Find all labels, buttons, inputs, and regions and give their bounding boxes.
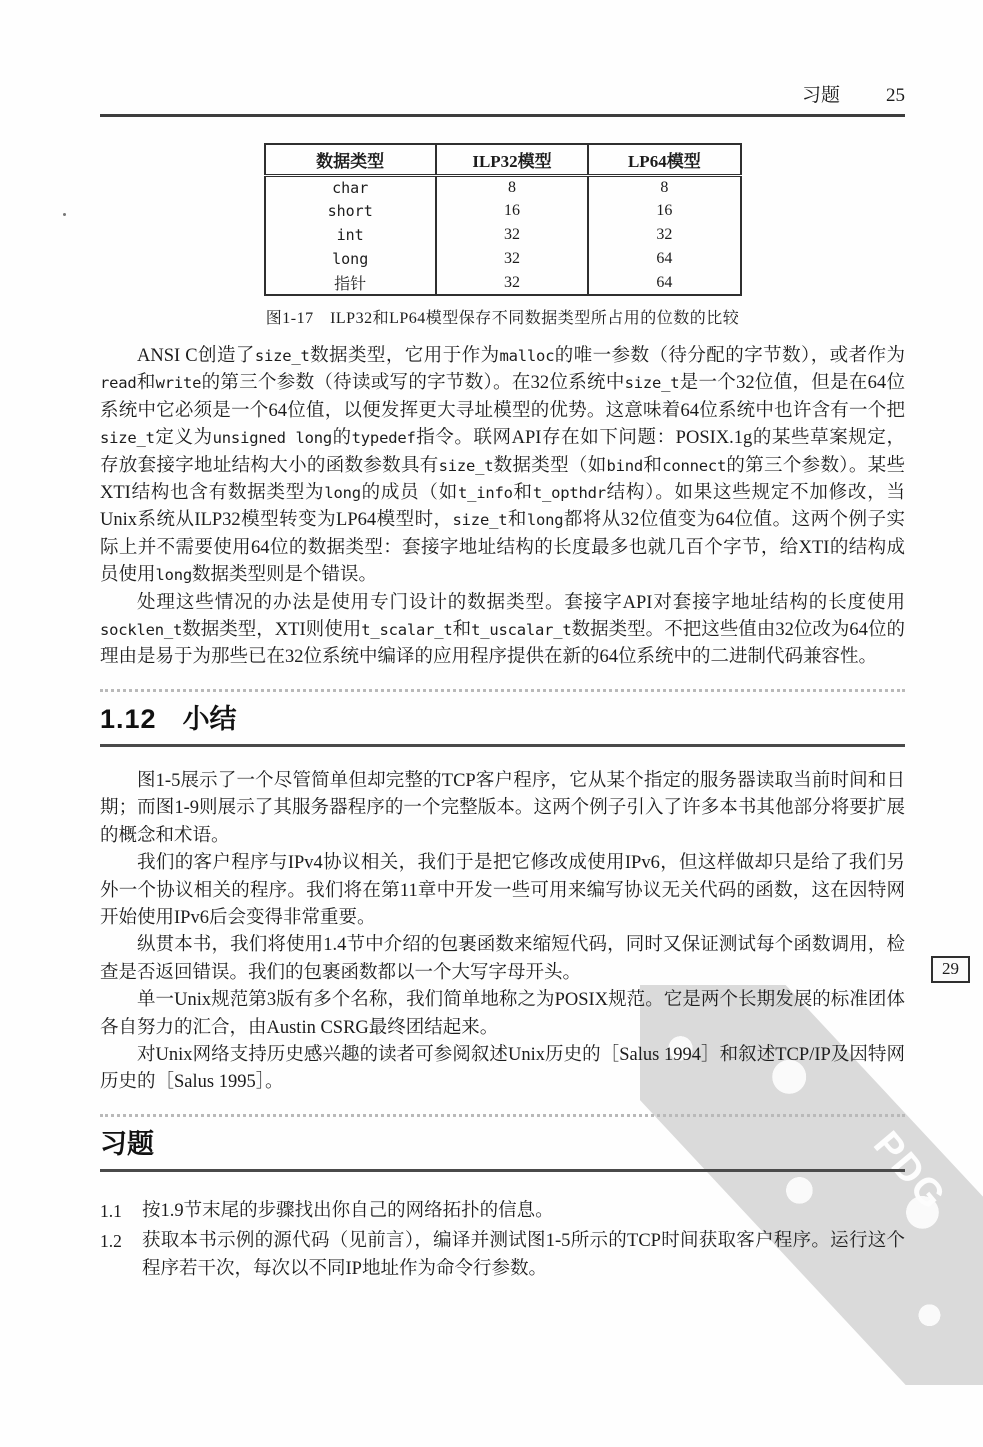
exercise-number: 1.2	[100, 1228, 142, 1283]
table-header-row: 数据类型 ILP32模型 LP64模型	[265, 144, 741, 175]
cell-datatype: short	[265, 199, 436, 223]
code-term: malloc	[500, 347, 555, 365]
code-term: unsigned long	[213, 429, 332, 447]
code-term: t_scalar_t	[361, 621, 452, 639]
figure-1-17: 数据类型 ILP32模型 LP64模型 char88short1616int32…	[100, 143, 905, 328]
column-header-lp64: LP64模型	[588, 144, 740, 175]
section-heading-exercises: 习题	[100, 1114, 905, 1172]
code-term: read	[100, 374, 137, 392]
cell-datatype: char	[265, 175, 436, 199]
code-term: t_uscalar_t	[471, 621, 571, 639]
original-page-marker: 29	[931, 956, 970, 983]
section-title: 小结	[183, 704, 237, 734]
figure-caption: 图1-17 ILP32和LP64模型保存不同数据类型所占用的位数的比较	[100, 305, 905, 328]
table-row: 指针3264	[265, 271, 741, 295]
running-head-section: 习题	[802, 80, 840, 107]
cell-datatype: 指针	[265, 271, 436, 295]
intro-paragraphs: ANSI C创造了size_t数据类型，它用于作为malloc的唯一参数（待分配…	[100, 343, 905, 672]
cell-ilp32: 16	[436, 199, 588, 223]
code-term: long	[156, 566, 193, 584]
code-term: size_t	[439, 457, 494, 475]
code-term: typedef	[352, 429, 416, 447]
code-term: size_t	[625, 374, 680, 392]
table-row: short1616	[265, 199, 741, 223]
cell-datatype: long	[265, 247, 436, 271]
running-head-page-number: 25	[886, 85, 905, 107]
cell-datatype: int	[265, 223, 436, 247]
running-head: 习题 25	[100, 80, 905, 117]
cell-lp64: 8	[588, 175, 740, 199]
book-page: PDG 29 习题 25 数据类型 ILP32模型 LP64模型 char88s…	[0, 0, 983, 1447]
cell-lp64: 16	[588, 199, 740, 223]
table-row: long3264	[265, 247, 741, 271]
code-term: write	[156, 374, 202, 392]
table-row: int3232	[265, 223, 741, 247]
code-term: connect	[662, 457, 726, 475]
exercise-text: 按1.9节末尾的步骤找出你自己的网络拓扑的信息。	[142, 1198, 905, 1225]
code-term: t_opthdr	[533, 484, 606, 502]
cell-lp64: 64	[588, 247, 740, 271]
cell-ilp32: 32	[436, 223, 588, 247]
code-term: size_t	[453, 511, 508, 529]
summary-paragraphs: 图1-5展示了一个尽管简单但却完整的TCP客户程序，它从某个指定的服务器读取当前…	[100, 768, 905, 1097]
paragraph: 图1-5展示了一个尽管简单但却完整的TCP客户程序，它从某个指定的服务器读取当前…	[100, 768, 905, 850]
code-term: t_info	[458, 484, 513, 502]
section-heading-summary: 1.12小结	[100, 689, 905, 747]
paragraph: 纵贯本书，我们将使用1.4节中介绍的包裹函数来缩短代码，同时又保证测试每个函数调…	[100, 932, 905, 987]
code-term: socklen_t	[100, 621, 182, 639]
exercise-item: 1.1按1.9节末尾的步骤找出你自己的网络拓扑的信息。	[100, 1198, 905, 1225]
cell-ilp32: 8	[436, 175, 588, 199]
column-header-datatype: 数据类型	[265, 144, 436, 175]
exercise-text: 获取本书示例的源代码（见前言），编译并测试图1-5所示的TCP时间获取客户程序。…	[142, 1228, 905, 1283]
cell-lp64: 64	[588, 271, 740, 295]
paragraph: 处理这些情况的办法是使用专门设计的数据类型。套接字API对套接字地址结构的长度使…	[100, 590, 905, 672]
data-type-size-table: 数据类型 ILP32模型 LP64模型 char88short1616int32…	[264, 143, 742, 296]
cell-ilp32: 32	[436, 271, 588, 295]
cell-ilp32: 32	[436, 247, 588, 271]
paragraph: 单一Unix规范第3版有多个名称，我们简单地称之为POSIX规范。它是两个长期发…	[100, 987, 905, 1042]
paragraph: 对Unix网络支持历史感兴趣的读者可参阅叙述Unix历史的［Salus 1994…	[100, 1042, 905, 1097]
exercise-number: 1.1	[100, 1198, 142, 1225]
code-term: size_t	[100, 429, 155, 447]
code-term: bind	[607, 457, 644, 475]
exercises-list: 1.1按1.9节末尾的步骤找出你自己的网络拓扑的信息。1.2获取本书示例的源代码…	[100, 1198, 905, 1283]
table-body: char88short1616int3232long3264指针3264	[265, 175, 741, 295]
section-number: 1.12	[100, 704, 157, 734]
code-term: size_t	[255, 347, 310, 365]
code-term: long	[324, 484, 361, 502]
column-header-ilp32: ILP32模型	[436, 144, 588, 175]
code-term: long	[527, 511, 564, 529]
paragraph: ANSI C创造了size_t数据类型，它用于作为malloc的唯一参数（待分配…	[100, 343, 905, 590]
cell-lp64: 32	[588, 223, 740, 247]
exercise-item: 1.2获取本书示例的源代码（见前言），编译并测试图1-5所示的TCP时间获取客户…	[100, 1228, 905, 1283]
exercises-title: 习题	[100, 1129, 154, 1159]
table-row: char88	[265, 175, 741, 199]
paragraph: 我们的客户程序与IPv4协议相关，我们于是把它修改成使用IPv6，但这样做却只是…	[100, 850, 905, 932]
